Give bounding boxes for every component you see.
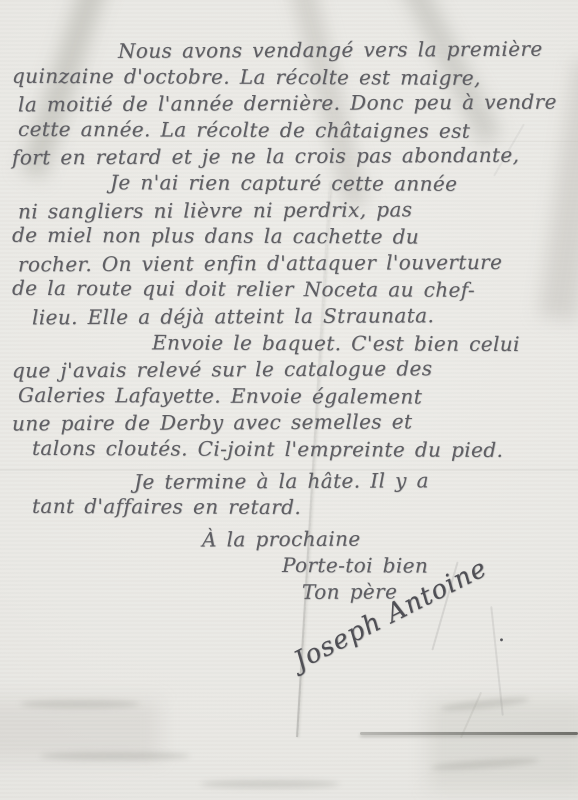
handwriting-line: Je termine à la hâte. Il y a [6,466,572,496]
handwriting-line: lieu. Elle a déjà atteint la Straunata. [6,301,572,331]
ink-bleed-through [440,695,530,712]
signature-period: . [498,622,505,647]
ink-bleed-through [20,700,140,708]
ink-bleed-through [40,752,190,760]
ink-bleed-through [430,756,540,772]
handwriting-line: Je n'ai rien capturé cette année [6,169,572,198]
handwriting-line: Galeries Lafayette. Envoie également [6,381,572,410]
handwriting-line: la moitié de l'année dernière. Donc peu … [6,89,572,119]
handwriting-line: cette année. La récolte de châtaignes es… [6,116,572,145]
handwriting-line: quinzaine d'octobre. La récolte est maig… [6,62,572,91]
underlying-page-edge [360,732,578,735]
scanned-letter-page: Nous avons vendangé vers la première qui… [0,0,578,800]
handwriting-line: une paire de Derby avec semelles et [6,408,572,438]
handwriting-line: de miel non plus dans la cachette du [6,222,572,251]
handwriting-line: ni sangliers ni lièvre ni perdrix, pas [6,195,572,225]
fold-shadow [0,700,160,760]
handwriting-line: que j'avais relevé sur le catalogue des [6,355,572,385]
handwriting-line: rocher. On vient enfin d'attaquer l'ouve… [6,248,572,278]
handwriting-line: Envoie le baquet. C'est bien celui [6,328,572,357]
handwriting-line: tant d'affaires en retard. [6,493,572,522]
ink-bleed-through [200,780,340,788]
handwriting-line: Nous avons vendangé vers la première [6,36,572,66]
handwriting-line: de la route qui doit relier Noceta au ch… [6,275,572,304]
handwriting-line: fort en retard et je ne la crois pas abo… [6,142,572,172]
handwriting-line: talons cloutés. Ci-joint l'empreinte du … [6,435,572,464]
letter-body: Nous avons vendangé vers la première qui… [6,37,572,605]
closing-line: À la prochaine [6,524,572,554]
